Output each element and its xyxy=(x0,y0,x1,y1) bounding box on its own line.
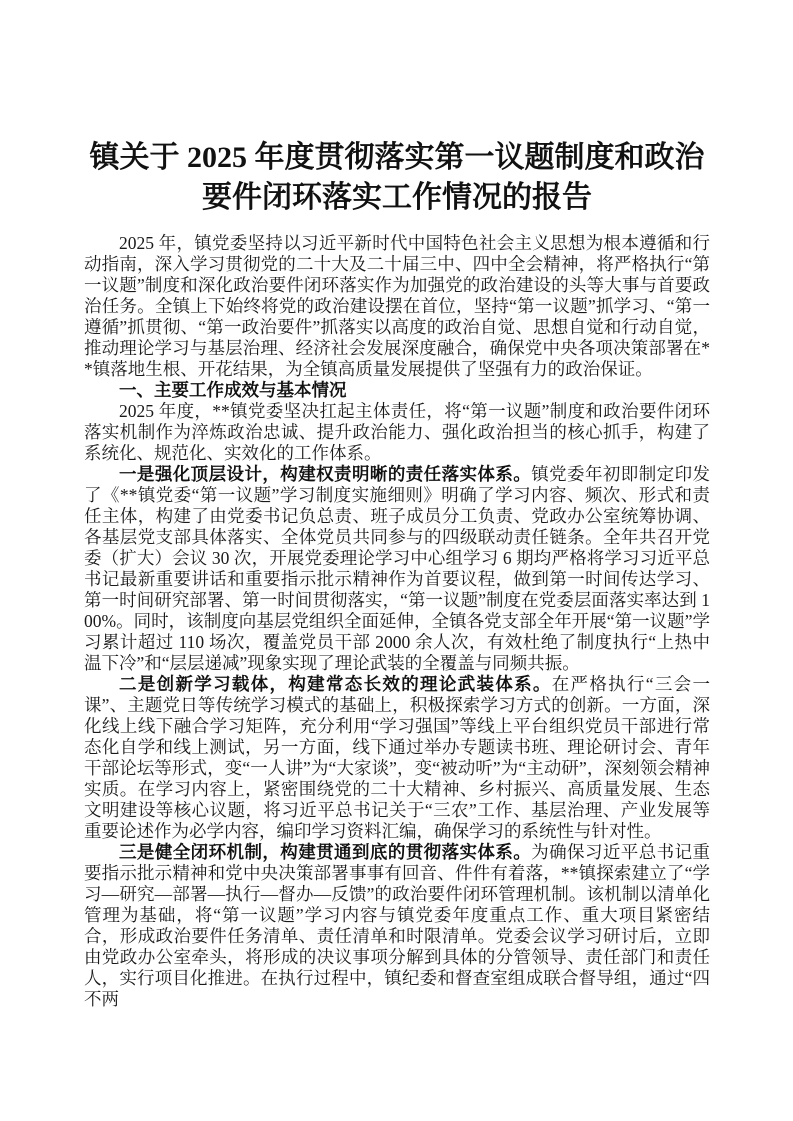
document-title: 镇关于 2025 年度贯彻落实第一议题制度和政治要件闭环落实工作情况的报告 xyxy=(84,138,710,218)
paragraph-overview: 2025 年度，**镇党委坚决扛起主体责任，将“第一议题”制度和政治要件闭环落实… xyxy=(84,401,710,464)
paragraph-point-1: 一是强化顶层设计，构建权责明晰的责任落实体系。镇党委年初即制定印发了《**镇党委… xyxy=(84,464,710,674)
paragraph-text: 在严格执行“三会一课”、主题党日等传统学习模式的基础上，积极探索学习方式的创新。… xyxy=(84,674,710,841)
paragraph-lead: 一是强化顶层设计，构建权责明晰的责任落实体系。 xyxy=(119,464,531,484)
paragraph-text: 为确保习近平总书记重要指示批示精神和党中央决策部署事事有回音、件件有着落，**镇… xyxy=(84,842,710,1009)
paragraph-text: 2025 年，镇党委坚持以习近平新时代中国特色社会主义思想为根本遵循和行动指南，… xyxy=(84,233,710,379)
paragraph-point-3: 三是健全闭环机制，构建贯通到底的贯彻落实体系。为确保习近平总书记重要指示批示精神… xyxy=(84,842,710,1010)
paragraph-intro: 2025 年，镇党委坚持以习近平新时代中国特色社会主义思想为根本遵循和行动指南，… xyxy=(84,233,710,380)
paragraph-point-2: 二是创新学习载体，构建常态长效的理论武装体系。在严格执行“三会一课”、主题党日等… xyxy=(84,674,710,842)
paragraph-text: 2025 年度，**镇党委坚决扛起主体责任，将“第一议题”制度和政治要件闭环落实… xyxy=(84,401,710,463)
paragraph-text: 镇党委年初即制定印发了《**镇党委“第一议题”学习制度实施细则》明确了学习内容、… xyxy=(84,464,710,673)
document-content: 镇关于 2025 年度贯彻落实第一议题制度和政治要件闭环落实工作情况的报告 20… xyxy=(84,138,710,1010)
paragraph-lead: 二是创新学习载体，构建常态长效的理论武装体系。 xyxy=(119,674,552,694)
section-heading-1: 一、主要工作成效与基本情况 xyxy=(84,380,710,401)
document-page: 镇关于 2025 年度贯彻落实第一议题制度和政治要件闭环落实工作情况的报告 20… xyxy=(0,0,793,1121)
paragraph-lead: 三是健全闭环机制，构建贯通到底的贯彻落实体系。 xyxy=(119,842,531,862)
